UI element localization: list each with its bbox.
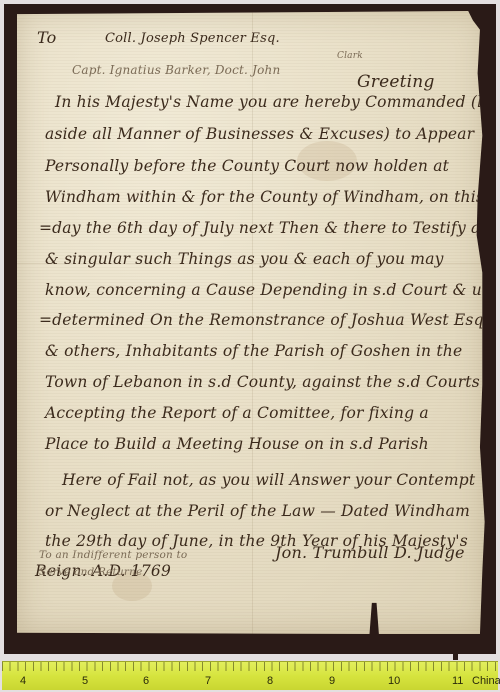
body-line: =determined On the Remonstrance of Joshu… bbox=[39, 311, 489, 329]
ruler-label: 10 bbox=[388, 675, 400, 687]
body-line: & others, Inhabitants of the Parish of G… bbox=[45, 342, 462, 360]
heading-to: To bbox=[37, 28, 56, 47]
clerk-note: Clark bbox=[337, 51, 363, 61]
addressee-secondary: Capt. Ignatius Barker, Doct. John bbox=[72, 63, 280, 77]
ruler-label: 5 bbox=[82, 675, 88, 687]
dark-backing-frame: To Coll. Joseph Spencer Esq. Capt. Ignat… bbox=[4, 4, 496, 654]
ruler-label: 4 bbox=[20, 675, 26, 687]
ruler-label: 8 bbox=[267, 675, 273, 687]
body-line: =day the 6th day of July next Then & the… bbox=[39, 219, 491, 237]
body-line: In his Majesty's Name you are hereby Com… bbox=[55, 93, 500, 111]
signature: Jon. Trumbull D. Judge bbox=[275, 543, 465, 562]
body-line: Here of Fail not, as you will Answer you… bbox=[62, 471, 475, 489]
body-line: Personally before the County Court now h… bbox=[45, 157, 449, 175]
greeting: Greeting bbox=[357, 72, 435, 92]
body-line: know, concerning a Cause Depending in s.… bbox=[45, 281, 492, 299]
ruler-ticks bbox=[2, 662, 498, 671]
addressee-primary: Coll. Joseph Spencer Esq. bbox=[105, 31, 280, 46]
body-line: Place to Build a Meeting House on in s.d… bbox=[45, 435, 429, 453]
body-line: Accepting the Report of a Comittee, for … bbox=[45, 404, 429, 422]
ruler-brand: China bbox=[472, 675, 500, 687]
serve-note-line: To an Indifferent person to bbox=[39, 549, 187, 561]
ruler-label: 11 bbox=[452, 675, 463, 687]
body-line: & singular such Things as you & each of … bbox=[45, 250, 444, 268]
body-line: aside all Manner of Businesses & Excuses… bbox=[45, 125, 474, 143]
body-line: Town of Lebanon in s.d County, against t… bbox=[45, 373, 480, 391]
serve-note-line: Serve and Returne bbox=[39, 566, 143, 578]
ruler-label: 6 bbox=[143, 675, 149, 687]
ruler-label: 7 bbox=[205, 675, 211, 687]
body-line: or Neglect at the Peril of the Law — Dat… bbox=[45, 502, 470, 520]
body-line: Windham within & for the County of Windh… bbox=[45, 188, 484, 206]
ruler-label: 9 bbox=[329, 675, 335, 687]
manuscript-paper: To Coll. Joseph Spencer Esq. Capt. Ignat… bbox=[17, 11, 487, 634]
scan-scene: To Coll. Joseph Spencer Esq. Capt. Ignat… bbox=[0, 0, 500, 692]
paper-tear bbox=[453, 635, 458, 660]
measuring-ruler: 4 5 6 7 8 9 10 11 China bbox=[2, 661, 498, 690]
